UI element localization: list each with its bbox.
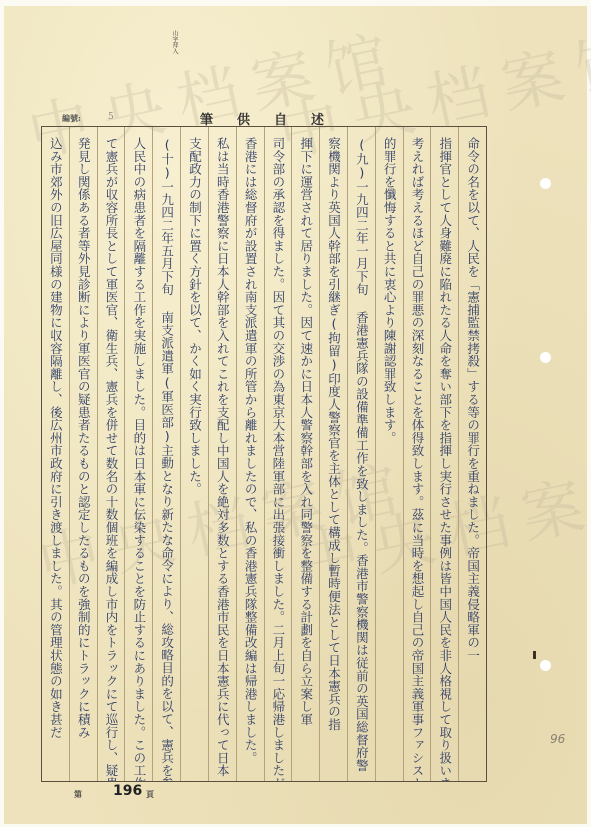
text-column: 察機関より英国人幹部を引継ぎ(拘留)印度人警察官を主体として構成し暫時便法として… <box>320 127 348 781</box>
column-text: 込み市郊外の旧広屋同様の建物に収容隔離し、後広州市政府に引き渡しました。其の管理… <box>48 137 62 777</box>
text-column: (十)一九四二年五月下旬 南支派遣軍(軍医部)主動となり新たな命令により、総攻略… <box>153 127 181 781</box>
column-text: 人民中の病患者を隔離する工作を実施しました。目的は日本軍に伝染することを防止する… <box>132 137 146 777</box>
column-text: 的罪行を懺悔すると共に衷心より陳謝認罪致します。 <box>382 137 396 777</box>
punch-hole <box>540 352 551 363</box>
column-text: 考えれば考えるほど自己の罪悪の深刻なることを体得致します。茲に当時を想起し自己の… <box>410 137 424 777</box>
manuscript-grid: 込み市郊外の旧広屋同様の建物に収容隔離し、後広州市政府に引き渡しました。其の管理… <box>41 126 487 782</box>
text-column: 司令部の承認を得ました。因て其の交渉の為東京大本営陸軍部に出張接衝しました。二月… <box>265 127 293 781</box>
text-column: 香港には総督府が設置され南支派遣軍の所管から離れましたので、私の香港憲兵隊整備改… <box>237 127 265 781</box>
text-column: (九)一九四二年一月下旬 香港憲兵隊の設備準備工作を致しました。香港市警察機関は… <box>348 127 376 781</box>
text-column: 人民中の病患者を隔離する工作を実施しました。目的は日本軍に伝染することを防止する… <box>125 127 153 781</box>
column-text: 発見し関係ある者等外見診断により軍医官の疑患者たるものと認定したるものを強制的に… <box>76 137 90 777</box>
column-text: (十)一九四二年五月下旬 南支派遣軍(軍医部)主動となり新たな命令により、総攻略… <box>160 137 174 777</box>
text-column: て憲兵が収容所長として軍医官、衛生兵、憲兵を併せて数名の十数個班を編成し市内をト… <box>98 127 126 781</box>
text-column: 私は当時香港警察に日本人幹部を入れてこれを支配し中国人を絶対多数とする香港市民を… <box>209 127 237 781</box>
text-column: 考えれば考えるほど自己の罪悪の深刻なることを体得致します。茲に当時を想起し自己の… <box>404 127 432 781</box>
margin-page-note: 96 <box>550 732 565 746</box>
column-text: 察機関より英国人幹部を引継ぎ(拘留)印度人警察官を主体として構成し暫時便法として… <box>327 137 341 777</box>
serial-label: 編號: <box>62 113 81 124</box>
text-column: 支配政力の制下に置く方針を以て、かく如く実行致しました。 <box>181 127 209 781</box>
text-column: 発見し関係ある者等外見診断により軍医官の疑患者たるものと認定したるものを強制的に… <box>70 127 98 781</box>
column-text: 命令の名を以て、人民を「憲捕監禁拷殺」する等の罪行を重ねました。帝国主義侵略軍の… <box>466 137 480 777</box>
text-column: 命令の名を以て、人民を「憲捕監禁拷殺」する等の罪行を重ねました。帝国主義侵略軍の… <box>459 127 486 781</box>
column-text: 司令部の承認を得ました。因て其の交渉の為東京大本営陸軍部に出張接衝しました。二月… <box>271 137 285 777</box>
text-column: 込み市郊外の旧広屋同様の建物に収容隔離し、後広州市政府に引き渡しました。其の管理… <box>42 127 70 781</box>
punch-hole <box>540 178 551 189</box>
page-prefix: 第 <box>74 789 82 800</box>
page-number: 196 <box>113 783 142 799</box>
handwritten-note: 山字拜入 <box>168 30 178 54</box>
column-text: 支配政力の制下に置く方針を以て、かく如く実行致しました。 <box>187 137 201 777</box>
column-text: (九)一九四二年一月下旬 香港憲兵隊の設備準備工作を致しました。香港市警察機関は… <box>354 137 368 777</box>
column-text: 揮下に運営されて居りました。因て速かに日本人警察幹部を入れ同警察を整備する計劃を… <box>299 137 313 777</box>
column-text: 指揮官として人身難廃に陥れたる人命を奪い部下を指揮し実行させた事例は皆中国人民を… <box>438 137 452 777</box>
text-column: 揮下に運営されて居りました。因て速かに日本人警察幹部を入れ同警察を整備する計劃を… <box>292 127 320 781</box>
serial-number: 5 <box>108 112 114 122</box>
column-text: 香港には総督府が設置され南支派遣軍の所管から離れましたので、私の香港憲兵隊整備改… <box>243 137 257 777</box>
column-text: 私は当時香港警察に日本人幹部を入れてこれを支配し中国人を絶対多数とする香港市民を… <box>215 137 229 777</box>
ink-speck <box>533 651 536 659</box>
page-suffix: 頁 <box>146 789 154 800</box>
column-text: て憲兵が収容所長として軍医官、衛生兵、憲兵を併せて数名の十数個班を編成し市内をト… <box>104 137 118 777</box>
text-column: 指揮官として人身難廃に陥れたる人命を奪い部下を指揮し実行させた事例は皆中国人民を… <box>431 127 459 781</box>
text-column: 的罪行を懺悔すると共に衷心より陳謝認罪致します。 <box>376 127 404 781</box>
punch-hole <box>540 660 551 671</box>
